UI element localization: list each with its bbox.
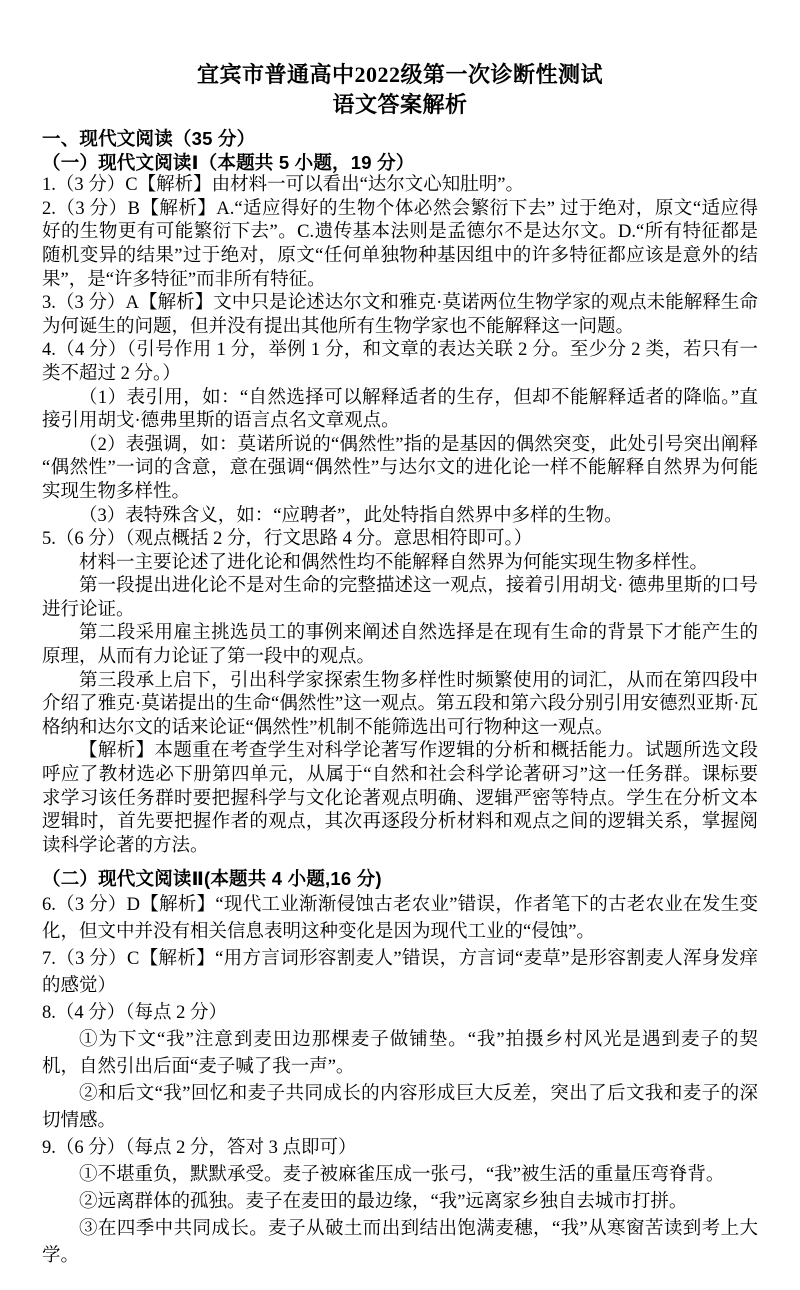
section-modern-reading-2: （二）现代文阅读Ⅱ(本题共 4 小题,16 分) 6.（3 分）D【解析】“现代… xyxy=(42,865,758,1270)
answer-5-para-2: 第二段采用雇主挑选员工的事例来阐述自然选择是在现有生命的背景下才能产生的原理，从… xyxy=(42,622,758,669)
page-title: 宜宾市普通高中2022级第一次诊断性测试 xyxy=(42,60,758,90)
answer-9-point-3: ③在四季中共同成长。麦子从破土而出到结出饱满麦穗，“我”从寒窗苦读到考上大学。 xyxy=(42,1216,758,1270)
answer-4-point-2: （2）表强调，如：莫诺所说的“偶然性”指的是基因的偶然突变，此处引号突出阐释“偶… xyxy=(42,434,758,505)
answer-item-2: 2.（3 分）B【解析】A.“适应得好的生物个体必然会繁衍下去” 过于绝对，原文… xyxy=(42,198,758,292)
answer-item-1: 1.（3 分）C【解析】由材料一可以看出“达尔文心知肚明”。 xyxy=(42,174,758,198)
answer-key-document: 宜宾市普通高中2022级第一次诊断性测试 语文答案解析 一、现代文阅读（35 分… xyxy=(0,0,800,1290)
answer-4-point-3: （3）表特殊含义，如：“应聘者”，此处特指自然界中多样的生物。 xyxy=(42,505,758,529)
answer-4-point-1: （1）表引用，如：“自然选择可以解释适者的生存，但却不能解释适者的降临。”直接引… xyxy=(42,387,758,434)
page-subtitle: 语文答案解析 xyxy=(42,90,758,120)
answer-9-point-1: ①不堪重负，默默承受。麦子被麻雀压成一张弓，“我”被生活的重量压弯脊背。 xyxy=(42,1162,758,1189)
answer-item-5: 5.（6 分）（观点概括 2 分，行文思路 4 分。意思相符即可。） xyxy=(42,528,758,552)
heading-reading-part-2: （二）现代文阅读Ⅱ(本题共 4 小题,16 分) xyxy=(42,865,758,892)
answer-5-para-1: 第一段提出进化论不是对生命的完整描述这一观点，接着引用胡戈· 德弗里斯的口号进行… xyxy=(42,575,758,622)
heading-modern-reading: 一、现代文阅读（35 分） xyxy=(42,127,758,151)
answer-item-8: 8.（4 分）（每点 2 分） xyxy=(42,1000,758,1027)
section-modern-reading-1: 一、现代文阅读（35 分） （一）现代文阅读Ⅰ（本题共 5 小题，19 分） 1… xyxy=(42,127,758,858)
answer-9-point-2: ②远离群体的孤独。麦子在麦田的最边缘，“我”远离家乡独自去城市打拼。 xyxy=(42,1189,758,1216)
answer-item-4: 4.（4 分）（引号作用 1 分，举例 1 分，和文章的表达关联 2 分。至少分… xyxy=(42,339,758,386)
answer-item-6: 6.（3 分）D【解析】“现代工业渐渐侵蚀古老农业”错误，作者笔下的古老农业在发… xyxy=(42,892,758,946)
answer-8-point-1: ①为下文“我”注意到麦田边那棵麦子做铺垫。“我”拍摄乡村风光是遇到麦子的契机，自… xyxy=(42,1027,758,1081)
answer-item-9: 9.（6 分）（每点 2 分，答对 3 点即可） xyxy=(42,1135,758,1162)
answer-5-para-3: 第三段承上启下，引出科学家探索生物多样性时频繁使用的词汇，从而在第四段中介绍了雅… xyxy=(42,670,758,741)
answer-8-point-2: ②和后文“我”回忆和麦子共同成长的内容形成巨大反差，突出了后文我和麦子的深切情感… xyxy=(42,1081,758,1135)
answer-5-summary: 材料一主要论述了进化论和偶然性均不能解释自然界为何能实现生物多样性。 xyxy=(42,552,758,576)
heading-reading-part-1: （一）现代文阅读Ⅰ（本题共 5 小题，19 分） xyxy=(42,151,758,175)
answer-item-3: 3.（3 分）A【解析】文中只是论述达尔文和雅克·莫诺两位生物学家的观点未能解释… xyxy=(42,292,758,339)
answer-item-7: 7.（3 分）C【解析】“用方言词形容割麦人”错误，方言词“麦草”是形容割麦人浑… xyxy=(42,946,758,1000)
answer-5-analysis: 【解析】本题重在考查学生对科学论著写作逻辑的分析和概括能力。试题所选文段呼应了教… xyxy=(42,740,758,858)
